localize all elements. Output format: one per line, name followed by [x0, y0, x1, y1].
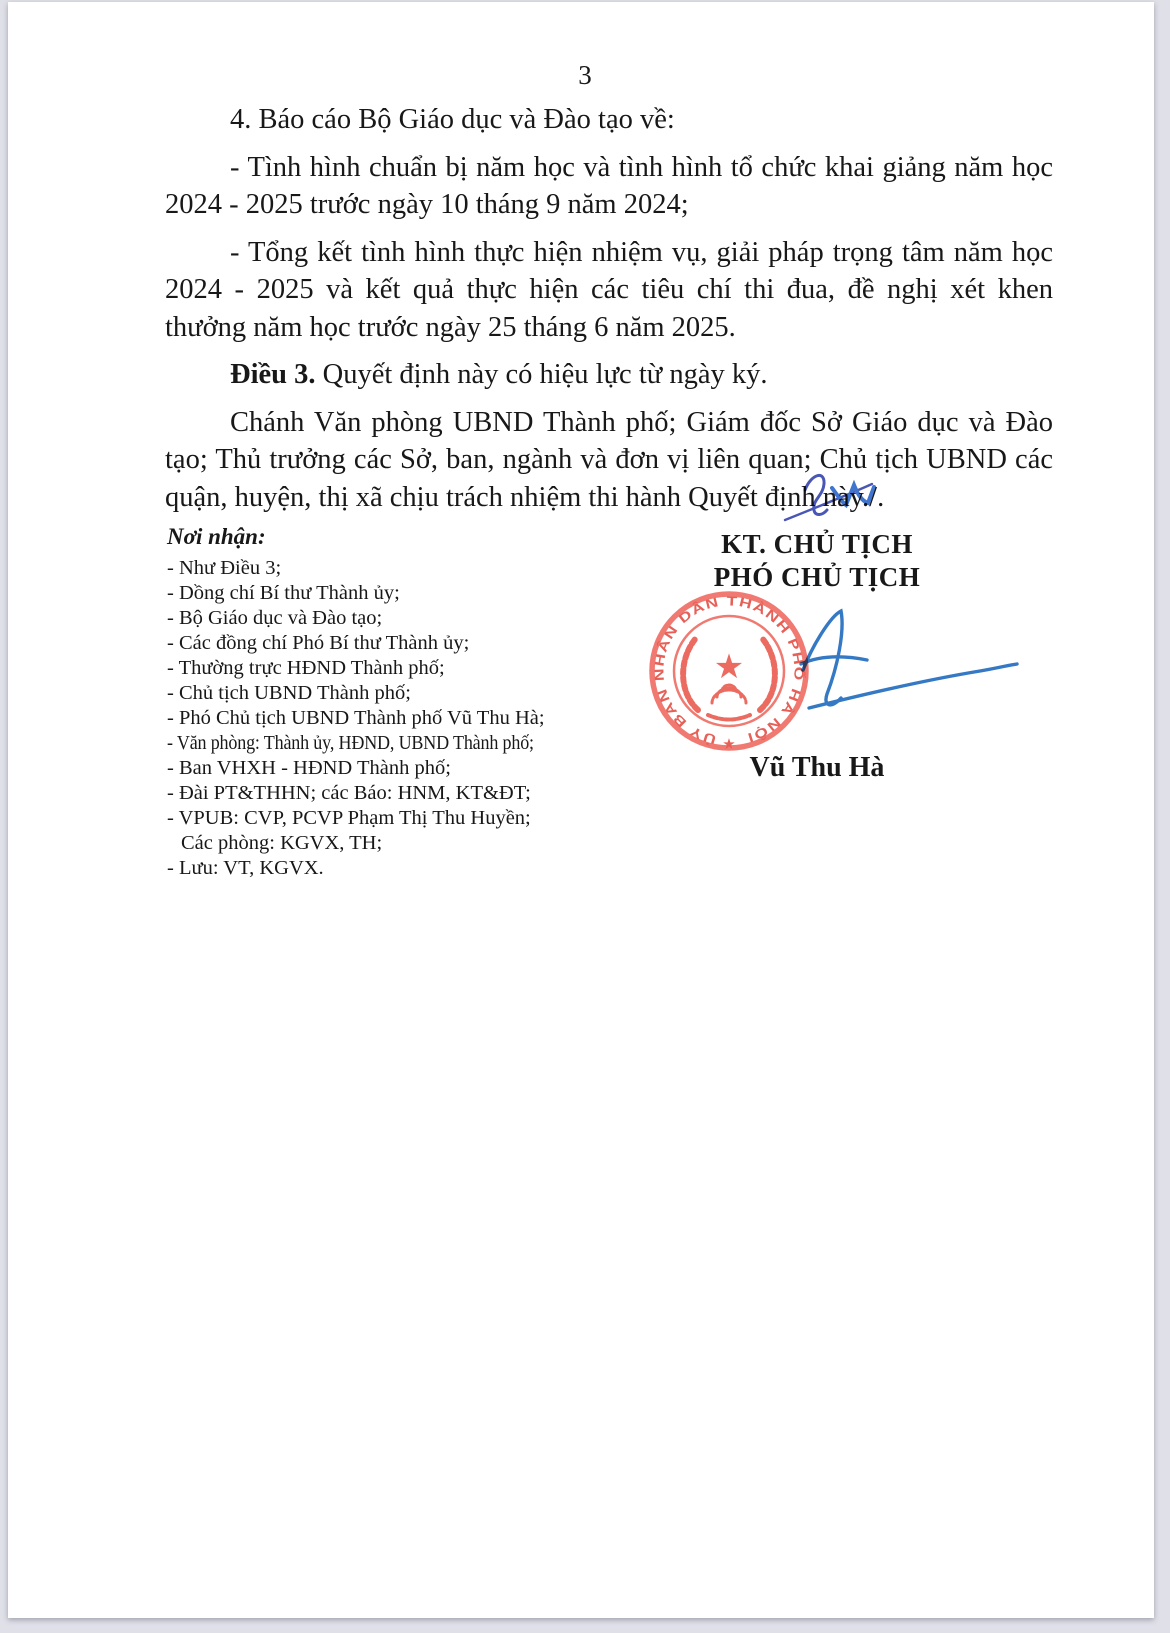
recipients-label: Nơi nhận: [167, 524, 597, 550]
recipient-item: - Bộ Giáo dục và Đào tạo; [167, 606, 597, 631]
scanned-document-screen: 3 4. Báo cáo Bộ Giáo dục và Đào tạo về: … [0, 0, 1170, 1633]
official-seal-stamp: ỦY BAN NHÂN DÂN THÀNH PHỐ HÀ NỘI ★ ★ [646, 588, 812, 760]
recipient-item: - Dồng chí Bí thư Thành ủy; [167, 581, 597, 606]
recipients-block: Nơi nhận: - Như Điều 3; - Dồng chí Bí th… [167, 524, 597, 881]
paragraph-report-item-2: - Tổng kết tình hình thực hiện nhiệm vụ,… [165, 234, 1053, 347]
recipient-item: Các phòng: KGVX, TH; [167, 831, 597, 856]
recipient-item: - VPUB: CVP, PCVP Phạm Thị Thu Huyền; [167, 806, 597, 831]
recipient-item: - Ban VHXH - HĐND Thành phố; [167, 756, 597, 781]
paragraph-dieu-3: Điều 3. Quyết định này có hiệu lực từ ng… [165, 356, 1053, 394]
dieu-3-text: Quyết định này có hiệu lực từ ngày ký. [316, 359, 768, 390]
page-number: 3 [0, 60, 1170, 91]
recipient-item: - Đài PT&THHN; các Báo: HNM, KT&ĐT; [167, 781, 597, 806]
signer-name: Vũ Thu Hà [592, 752, 1042, 784]
paragraph-report-heading: 4. Báo cáo Bộ Giáo dục và Đào tạo về: [165, 101, 1053, 139]
recipient-item: - Chủ tịch UBND Thành phố; [167, 681, 597, 706]
national-emblem-icon: ★ [683, 638, 775, 720]
seal-bottom-star-icon: ★ [722, 737, 735, 753]
signing-authority-block: KT. CHỦ TỊCH PHÓ CHỦ TỊCH [592, 528, 1042, 594]
signature-stroke [795, 598, 1030, 718]
paragraph-responsibility: Chánh Văn phòng UBND Thành phố; Giám đốc… [165, 404, 1053, 517]
emblem-star-icon: ★ [714, 649, 744, 686]
recipient-item: - Phó Chủ tịch UBND Thành phố Vũ Thu Hà; [167, 706, 597, 731]
initials-mark [770, 448, 890, 533]
dieu-3-label: Điều 3. [230, 359, 316, 390]
recipient-item: - Các đồng chí Phó Bí thư Thành ủy; [167, 631, 597, 656]
recipient-item: - Như Điều 3; [167, 556, 597, 581]
recipient-item: - Lưu: VT, KGVX. [167, 856, 597, 881]
document-body: 4. Báo cáo Bộ Giáo dục và Đào tạo về: - … [165, 101, 1053, 526]
paragraph-report-item-1: - Tình hình chuẩn bị năm học và tình hìn… [165, 149, 1053, 224]
recipient-item: - Văn phòng: Thành ủy, HĐND, UBND Thành … [167, 731, 534, 756]
recipient-item: - Thường trực HĐND Thành phố; [167, 656, 597, 681]
